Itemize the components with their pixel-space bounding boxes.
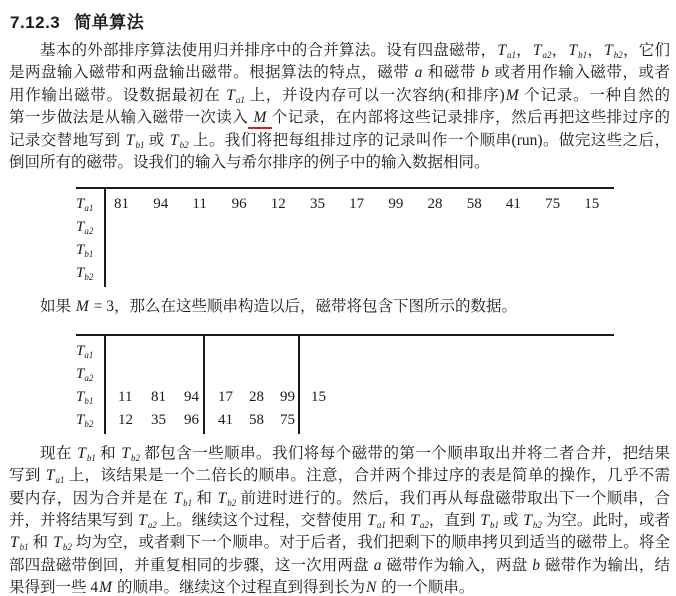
math-variable: M [98, 579, 113, 596]
tape-table-initial: Ta181941196123517992858417515Ta2Tb1Tb2 [76, 187, 614, 287]
tape-label: Ta2 [76, 366, 104, 383]
run-group: 118194 [104, 389, 203, 406]
text-line: 部四盘磁带倒回，并重复相同的步骤，这一次用两盘 a 磁带作为输入，两盘 b 磁带… [9, 555, 670, 577]
table-cell: 75 [545, 196, 584, 213]
text-line: 记录交替地写到 Tb1 或 Tb2 上。我们将把每组排过序的记录叫作一个顺串(r… [9, 130, 670, 152]
tape-label: Tb2 [76, 412, 104, 429]
subscript: b1 [135, 140, 144, 150]
math-variable: b [480, 64, 490, 81]
run-group: 172899 [203, 389, 298, 406]
math-variable: T [479, 512, 490, 529]
table-cell: 58 [249, 412, 280, 429]
math-variable: a [373, 557, 383, 574]
subscript: a1 [377, 520, 386, 530]
table-row: Ta2 [76, 216, 614, 239]
table-cell: 41 [218, 412, 249, 429]
red-underline: N 的 [365, 579, 397, 596]
math-variable: T [76, 445, 87, 462]
math-variable: T [603, 42, 614, 59]
text-line: 现在 Tb1 和 Tb2 都包含一些顺串。我们将每个磁带的第一个顺串取出并将二者… [9, 443, 670, 465]
subscript: b2 [131, 453, 140, 463]
math-variable: M [253, 109, 268, 126]
text-line: 并，并将结果写到 Ta2 上。继续这个过程，交替使用 Ta1 和 Ta2，直到 … [9, 510, 670, 532]
subscript: b2 [533, 520, 542, 530]
table-cell: 15 [311, 389, 342, 406]
paragraph-intro: 基本的外部排序算法使用归并排序中的合并算法。设有四盘磁带，Ta1，Ta2，Tb1… [9, 40, 670, 174]
table-cell: 81 [151, 389, 184, 406]
subscript: b1 [183, 498, 192, 508]
table-cell: 28 [428, 196, 467, 213]
math-variable: M [505, 87, 520, 104]
paragraph-m-equals-3: 如果 M = 3，那么在这些顺串构造以后，磁带将包含下图所示的数据。 [9, 296, 670, 318]
paragraph-merge-process: 现在 Tb1 和 Tb2 都包含一些顺串。我们将每个磁带的第一个顺串取出并将二者… [9, 443, 670, 596]
text-line: 写到 Ta1 上，该结果是一个二倍长的顺串。注意，合并两个排过序的表是简单的操作… [9, 465, 670, 487]
subscript: a2 [420, 520, 429, 530]
text-line: Tb1 和 Tb2 均为空，或者剩下一个顺串。对于后者，我们把剩下的顺串拷贝到适… [9, 532, 670, 554]
subscript: b1 [87, 453, 96, 463]
subscript: b2 [63, 542, 72, 552]
math-variable: T [52, 534, 63, 551]
tape-label: Ta1 [76, 343, 104, 360]
table-cell: 58 [467, 196, 506, 213]
table-row: Ta2 [76, 363, 614, 386]
subscript: a1 [56, 475, 65, 485]
math-variable: T [496, 42, 507, 59]
table-cell: 17 [218, 389, 249, 406]
text-line: 用作输出磁带。设数据最初在 Ta1 上，并设内存可以一次容纳(和排序)M 个记录… [9, 85, 670, 107]
math-variable: T [522, 512, 533, 529]
math-variable: T [225, 87, 236, 104]
subscript: a2 [543, 50, 552, 60]
table-cell: 11 [192, 196, 231, 213]
math-variable: T [532, 42, 543, 59]
table-row: Tb1 [76, 239, 614, 262]
table-cell: 28 [249, 389, 280, 406]
table-cell: 81 [114, 196, 153, 213]
text-line: 果得到一些 4M 的顺串。继续这个过程直到得到长为N 的一个顺串。 [9, 577, 670, 596]
text-line: 要内存，因为合并是在 Tb1 和 Tb2 前进时进行的。然后，我们再从每盘磁带取… [9, 488, 670, 510]
table-row: Tb2123596415875 [76, 409, 614, 432]
subscript: a2 [148, 520, 157, 530]
math-variable: T [137, 512, 148, 529]
math-variable: N [365, 579, 377, 596]
subscript: b2 [227, 498, 236, 508]
table-cell: 35 [151, 412, 184, 429]
section-heading: 7.12.3简单算法 [10, 8, 670, 33]
run-group: 123596 [104, 412, 203, 429]
run-group: 415875 [203, 412, 298, 429]
section-number: 7.12.3 [10, 13, 60, 32]
table-row: Ta181941196123517992858417515 [76, 193, 614, 216]
tape-table-after-runs: Ta1Ta2Tb111819417289915Tb2123596415875 [76, 334, 614, 434]
table-cell: 96 [232, 196, 271, 213]
table-cell: 35 [310, 196, 349, 213]
tape-label: Ta1 [76, 196, 104, 213]
subscript: b2 [614, 50, 623, 60]
tape-label: Ta2 [76, 219, 104, 236]
subscript: b1 [20, 542, 29, 552]
text-line: 倒回所有的磁带。设我们的输入与希尔排序的例子中的输入数据相同。 [9, 152, 670, 174]
math-variable: T [173, 490, 184, 507]
table-cell: 12 [271, 196, 310, 213]
table-cell: 75 [280, 412, 311, 429]
table-cell: 12 [118, 412, 151, 429]
text-line: 基本的外部排序算法使用归并排序中的合并算法。设有四盘磁带，Ta1，Ta2，Tb1… [9, 40, 670, 62]
table-cell: 41 [506, 196, 545, 213]
subscript: a1 [507, 50, 516, 60]
math-variable: M [75, 298, 90, 315]
math-variable: T [9, 534, 20, 551]
table-cell: 94 [153, 196, 192, 213]
subscript: b2 [180, 140, 189, 150]
document-page: 7.12.3简单算法 基本的外部排序算法使用归并排序中的合并算法。设有四盘磁带，… [0, 0, 676, 596]
math-variable: T [125, 132, 136, 149]
subscript: b1 [490, 520, 499, 530]
math-variable: T [120, 445, 131, 462]
tape-label: Tb1 [76, 389, 104, 406]
text-line: 如果 M = 3，那么在这些顺串构造以后，磁带将包含下图所示的数据。 [9, 296, 670, 318]
red-underline: M [248, 109, 272, 129]
table-cell: 17 [349, 196, 388, 213]
subscript: a1 [236, 95, 245, 105]
table-row: Tb111819417289915 [76, 386, 614, 409]
table-cell: 15 [584, 196, 623, 213]
table-label-divider [104, 336, 106, 434]
table-row: Tb2 [76, 262, 614, 285]
math-variable: T [366, 512, 377, 529]
text-line: 是两盘输入磁带和两盘输出磁带。根据算法的特点，磁带 a 和磁带 b 或者用作输入… [9, 62, 670, 84]
math-variable: T [217, 490, 228, 507]
run-group: 15 [298, 389, 614, 406]
table-cell: 11 [118, 389, 151, 406]
tape-label: Tb2 [76, 265, 104, 282]
tape-label: Tb1 [76, 242, 104, 259]
math-variable: T [45, 467, 56, 484]
table-label-divider [104, 189, 106, 287]
math-variable: b [531, 557, 541, 574]
math-variable: T [169, 132, 180, 149]
run-divider-1 [203, 336, 205, 434]
section-title: 简单算法 [74, 13, 144, 32]
table-cell: 99 [388, 196, 427, 213]
run-divider-2 [298, 336, 300, 434]
math-variable: T [568, 42, 579, 59]
math-variable: T [409, 512, 420, 529]
text-line: 第一步做法是从输入磁带一次读入 M 个记录，在内部将这些记录排序，然后再把这些排… [9, 107, 670, 129]
math-variable: a [414, 64, 424, 81]
table-row: Ta1 [76, 340, 614, 363]
subscript: b1 [578, 50, 587, 60]
